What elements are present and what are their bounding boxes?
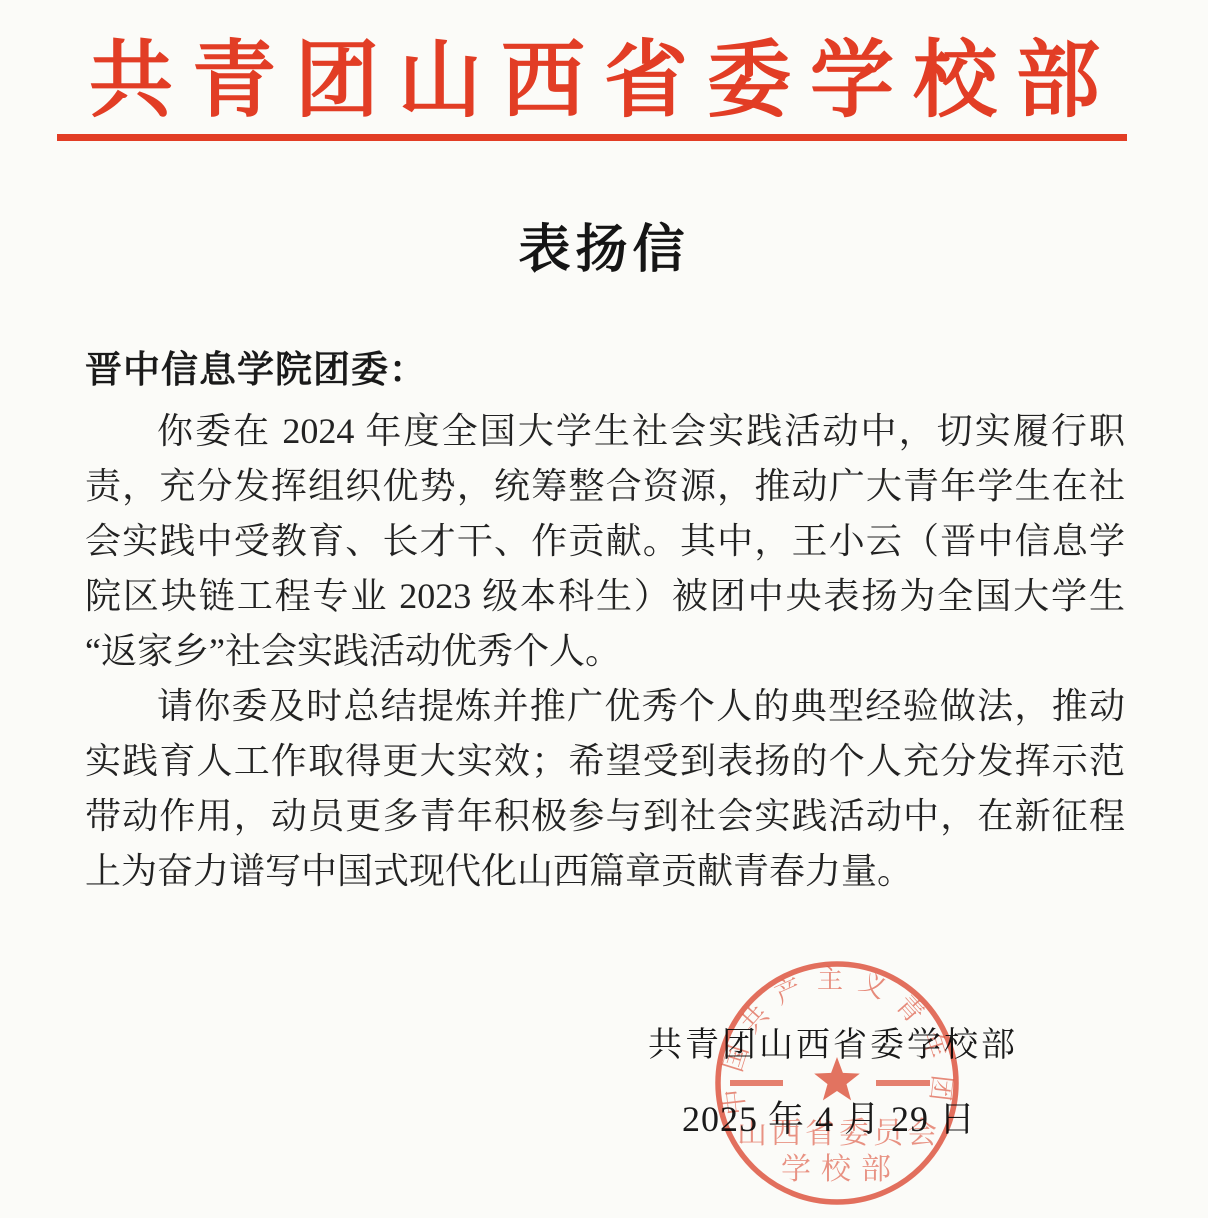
body-line: 实践育人工作取得更大实效；希望受到表扬的个人充分发挥示范: [85, 734, 1125, 789]
commendation-letter-page: 共青团山西省委学校部 表扬信 晋中信息学院团委： 你委在 2024 年度全国大学…: [0, 0, 1208, 1218]
body-line: 请你委及时总结提炼并推广优秀个人的典型经验做法，推动: [85, 679, 1125, 734]
salutation: 晋中信息学院团委：: [85, 346, 427, 394]
letter-title: 表扬信: [0, 216, 1208, 286]
body-line: 责，充分发挥组织优势，统筹整合资源，推动广大青年学生在社: [85, 459, 1125, 514]
seal-department-text: 学校部: [781, 1153, 901, 1186]
body-line: “返家乡”社会实践活动优秀个人。: [85, 624, 1125, 679]
letterhead-org-title: 共青团山西省委学校部: [0, 30, 1208, 134]
letterhead-divider: [57, 134, 1127, 141]
signature-org-name: 共青团山西省委学校部: [648, 1023, 1018, 1069]
body-line: 带动作用，动员更多青年积极参与到社会实践活动中，在新征程: [85, 789, 1125, 844]
seal-ring: [718, 964, 956, 1202]
letter-body: 你委在 2024 年度全国大学生社会实践活动中，切实履行职责，充分发挥组织优势，…: [85, 404, 1125, 899]
body-line: 你委在 2024 年度全国大学生社会实践活动中，切实履行职: [85, 404, 1125, 459]
seal-left-dash: [730, 1080, 783, 1086]
seal-right-dash: [876, 1080, 930, 1086]
official-seal: 中国共产主义青年团 山西省委员会 学校部: [707, 953, 967, 1213]
body-line: 院区块链工程专业 2023 级本科生）被团中央表扬为全国大学生: [85, 569, 1125, 624]
body-line: 上为奋力谱写中国式现代化山西篇章贡献青春力量。: [85, 844, 1125, 899]
body-line: 会实践中受教育、长才干、作贡献。其中，王小云（晋中信息学: [85, 514, 1125, 569]
signature-date: 2025 年 4 月 29 日: [682, 1096, 976, 1142]
